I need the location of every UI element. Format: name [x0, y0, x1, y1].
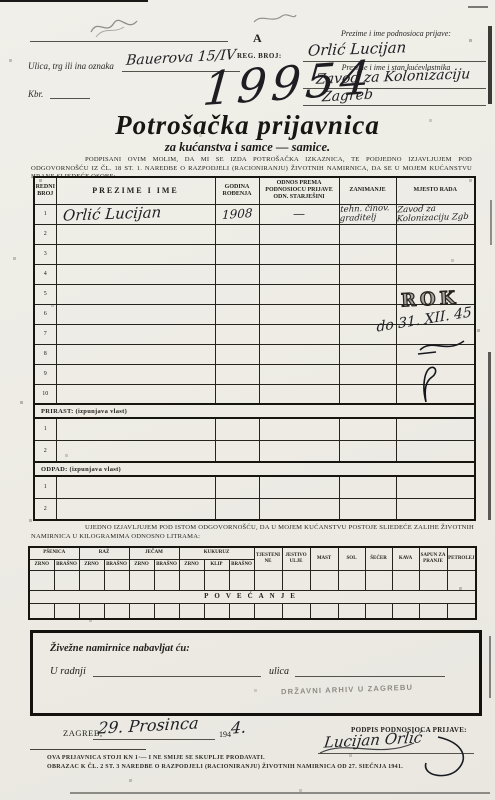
row-number: 1	[34, 204, 56, 224]
row-number: 10	[34, 384, 56, 404]
col-header-zanimanje: ZANIMANJE	[339, 177, 396, 204]
field-underline	[93, 676, 261, 677]
item-col-petrolej: PETROLEJ	[447, 547, 476, 570]
street-label: Ulica, trg ili ina oznaka	[28, 61, 114, 71]
scan-edge-artifact	[488, 26, 492, 104]
date-underline	[93, 739, 215, 740]
prirast-section-label: PRIRAST: (izpunjava vlast)	[34, 404, 475, 418]
subcol-klip: KLIP	[204, 559, 229, 570]
row-number: 6	[34, 304, 56, 324]
pen-mark	[413, 364, 441, 404]
year-printed: 194	[219, 730, 231, 739]
row-number: 8	[34, 344, 56, 364]
member-relation-cell: —	[259, 204, 339, 224]
member-name-cell: Orlić Lucijan	[56, 204, 215, 224]
item-col-mast: MAST	[310, 547, 338, 570]
purchase-location-box: Živežne namirnice nabavljat ću: U radnji…	[30, 630, 482, 716]
household-members-table: REDNI BROJ PREZIME I IME GODINA ROĐENJA …	[33, 176, 476, 521]
col-header-mjesto-rada: MJESTO RADA	[396, 177, 475, 204]
member-occupation-cell: tehn. činov. graditelj	[339, 204, 396, 224]
footer-price-note: OVA PRIJAVNICA STOJI KN 1·— I NE SMIJE S…	[47, 755, 265, 761]
povecanje-label: POVEĆANJE	[29, 590, 476, 603]
field-underline	[295, 676, 445, 677]
year-handwritten: 4.	[230, 717, 247, 737]
member-year-cell: 1908	[215, 204, 259, 224]
item-col-sapun: SAPUN ZA PRANJE	[419, 547, 447, 570]
item-col-tjestenine: TJESTENINE	[254, 547, 282, 570]
scan-edge-artifact	[489, 636, 491, 698]
row-number: 4	[34, 264, 56, 284]
form-subtitle: za kućanstva i samce — samice.	[0, 140, 495, 155]
scan-edge-artifact	[0, 0, 148, 2]
house-number-label: Kbr.	[28, 89, 43, 99]
scanned-form-page: A REG. BROJ: Prezime i ime podnosioca pr…	[0, 0, 495, 800]
scan-edge-artifact	[468, 6, 488, 8]
street-field-label: ulica	[269, 666, 289, 677]
subcol-brasno: BRAŠNO	[229, 559, 254, 570]
row-number: 2	[34, 224, 56, 244]
item-col-sol: SOL	[338, 547, 365, 570]
footer-separator	[30, 749, 146, 750]
subcol-brasno: BRAŠNO	[54, 559, 79, 570]
scan-edge-artifact	[70, 792, 490, 794]
col-header-godina: GODINA ROĐENJA	[215, 177, 259, 204]
member-name-handwritten: Orlić Lucijan	[56, 203, 162, 225]
grain-group-psenica: PŠENICA	[29, 547, 79, 559]
pen-flourish	[418, 336, 468, 358]
subcol-zrno: ZRNO	[29, 559, 54, 570]
row-number: 7	[34, 324, 56, 344]
row-number: 9	[34, 364, 56, 384]
registration-number-handwritten: 19954	[201, 50, 377, 116]
row-number: 2	[34, 498, 56, 520]
row-number: 2	[34, 440, 56, 462]
form-title: Potrošačka prijavnica	[0, 110, 495, 141]
archive-stamp: DRŽAVNI ARHIV U ZAGREBU	[281, 683, 413, 697]
subcol-brasno: BRAŠNO	[154, 559, 179, 570]
col-header-prezime-ime: PREZIME I IME	[56, 177, 215, 204]
item-col-kava: KAVA	[392, 547, 419, 570]
member-workplace-cell: Zavod za Kolonizaciju Zgb	[396, 204, 475, 224]
subcol-zrno: ZRNO	[79, 559, 104, 570]
footer-regulation-note: OBRAZAC K ČL. 2 ST. 3 NAREDBE O RAZPODJE…	[47, 764, 403, 770]
grain-group-jecam: JEČAM	[129, 547, 179, 559]
col-header-odnos: ODNOS PREMA PODNOSIOCU PRIJAVE ODN. STAR…	[259, 177, 339, 204]
grain-group-kukuruz: KUKURUZ	[179, 547, 254, 559]
food-supplies-table: PŠENICA RAŽ JEČAM KUKURUZ TJESTENINE JES…	[28, 546, 477, 620]
row-number: 1	[34, 418, 56, 440]
row-number: 1	[34, 476, 56, 498]
purchase-box-title: Živežne namirnice nabavljat ću:	[50, 643, 190, 654]
form-section-letter: A	[253, 31, 262, 46]
field-underline	[50, 98, 90, 99]
supplies-declaration-paragraph: UJEDNO IZJAVLJUJEM POD ISTOM ODGOVORNOŠĆ…	[31, 524, 474, 542]
scan-edge-artifact	[490, 200, 492, 245]
blank-line	[30, 41, 228, 42]
item-col-jestivo-ulje: JESTIVO ULJE	[282, 547, 310, 570]
grain-group-raz: RAŽ	[79, 547, 129, 559]
row-number: 3	[34, 244, 56, 264]
applicant-name-label: Prezime i ime podnosioca prijave:	[312, 29, 480, 38]
subcol-zrno: ZRNO	[129, 559, 154, 570]
odpad-section-label: ODPAD: (izpunjava vlast)	[34, 462, 475, 476]
scan-edge-artifact	[488, 352, 491, 520]
col-header-redni-broj: REDNI BROJ	[34, 177, 56, 204]
shop-label: U radnji	[50, 666, 86, 677]
item-col-secer: ŠEĆER	[365, 547, 392, 570]
row-number: 5	[34, 284, 56, 304]
subcol-brasno: BRAŠNO	[104, 559, 129, 570]
signature-flourish	[318, 733, 478, 783]
subcol-zrno: ZRNO	[179, 559, 204, 570]
pencil-scribble	[88, 14, 140, 40]
date-handwritten: 29. Prosinca	[97, 713, 199, 737]
pencil-scribble	[252, 11, 298, 27]
